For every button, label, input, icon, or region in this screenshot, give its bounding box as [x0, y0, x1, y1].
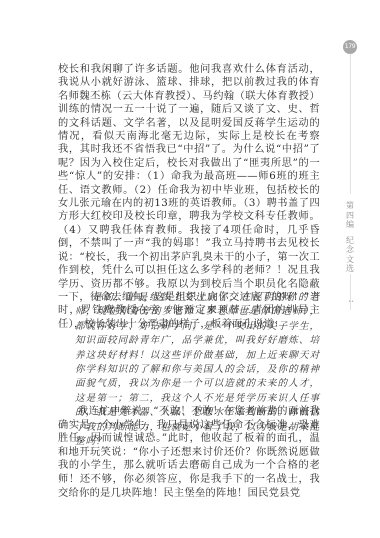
title-char: 文	[344, 255, 356, 265]
title-char: 选	[344, 264, 356, 274]
rail-divider-line	[350, 54, 351, 194]
section-char: 编	[344, 220, 356, 230]
page-number-badge: 179	[343, 40, 357, 54]
title-char: 念	[344, 245, 356, 255]
rail-dots-ornament: ••	[348, 300, 353, 304]
body-paragraph-3: 我连忙申辩说：“不敢！不敢！在您老前辈的面前我确实是一个小学生，我只是说这些任命…	[58, 405, 320, 500]
section-label: 第 四 编 纪 念 文 选	[344, 201, 356, 274]
section-char: 第	[344, 201, 356, 211]
paragraph-text: 我连忙申辩说：“不敢！不敢！在您老前辈的面前我确实是一个小学生，我只是说这些任命…	[58, 405, 320, 500]
chapter-side-rail: 179 第 四 编 纪 念 文 选 ••	[340, 0, 370, 538]
book-page: 校长和我闲聊了许多话题。他问我喜欢什么体育活动，我说从小就好游泳、篮球、排球，把…	[0, 0, 380, 538]
section-char: 四	[344, 211, 356, 221]
title-char: 纪	[344, 236, 356, 246]
